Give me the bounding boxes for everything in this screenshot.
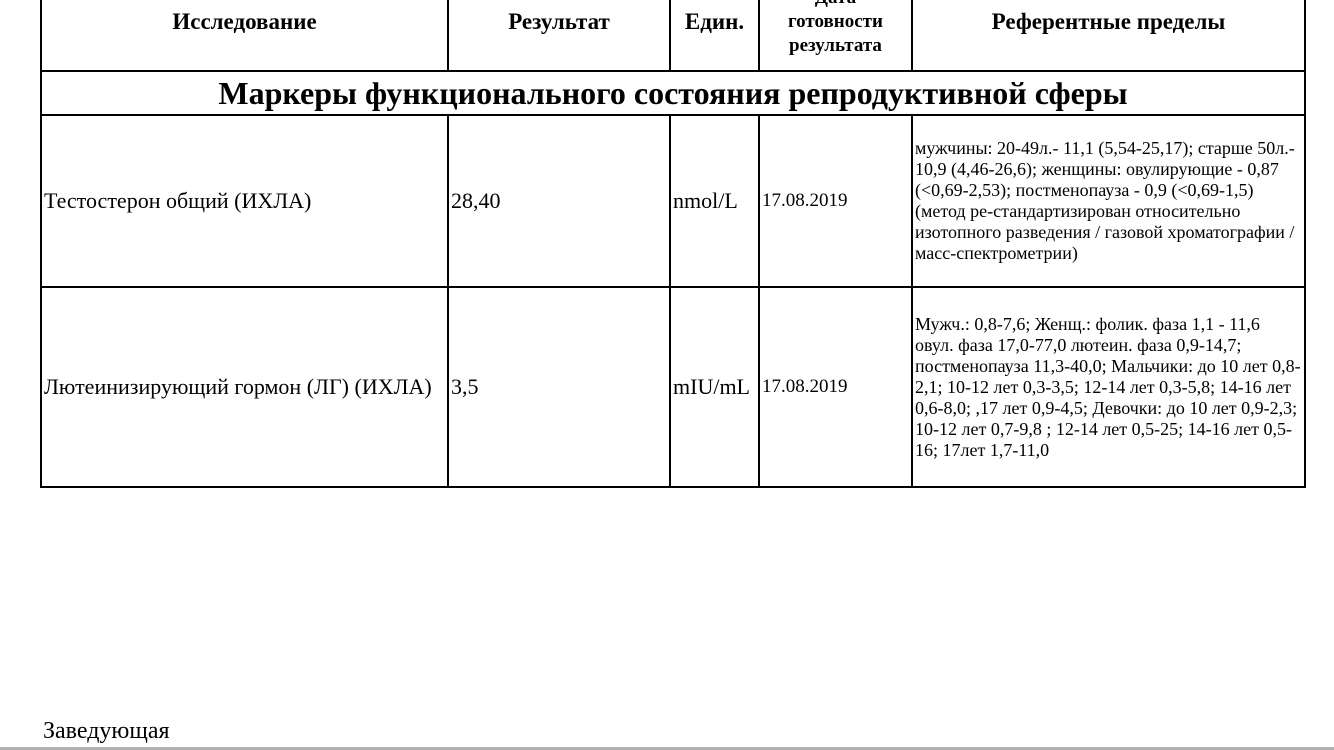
units: nmol/L bbox=[670, 115, 759, 287]
study-name: Тестостерон общий (ИХЛА) bbox=[41, 115, 448, 287]
study-name: Лютеинизирующий гормон (ЛГ) (ИХЛА) bbox=[41, 287, 448, 487]
result-value: 28,40 bbox=[448, 115, 670, 287]
lab-results-table: Исследование Результат Един. Дата готовн… bbox=[40, 0, 1306, 488]
header-reference: Референтные пределы bbox=[912, 0, 1305, 71]
section-row: Маркеры функционального состояния репрод… bbox=[41, 71, 1305, 115]
header-units: Един. bbox=[670, 0, 759, 71]
table-row: Лютеинизирующий гормон (ЛГ) (ИХЛА) 3,5 m… bbox=[41, 287, 1305, 487]
signature-label: Заведующая bbox=[43, 718, 170, 745]
units: mIU/mL bbox=[670, 287, 759, 487]
header-date-line3: результата bbox=[760, 34, 911, 58]
section-title: Маркеры функционального состояния репрод… bbox=[41, 71, 1305, 115]
result-date: 17.08.2019 bbox=[759, 287, 912, 487]
result-date: 17.08.2019 bbox=[759, 115, 912, 287]
header-date: Дата готовности результата bbox=[759, 0, 912, 71]
header-result: Результат bbox=[448, 0, 670, 71]
reference-range: Мужч.: 0,8-7,6; Женщ.: фолик. фаза 1,1 -… bbox=[912, 287, 1305, 487]
header-date-line2: готовности bbox=[760, 10, 911, 34]
table-header-row: Исследование Результат Един. Дата готовн… bbox=[41, 0, 1305, 71]
result-value: 3,5 bbox=[448, 287, 670, 487]
header-date-line1: Дата bbox=[760, 0, 911, 10]
reference-range: мужчины: 20-49л.- 11,1 (5,54-25,17); ста… bbox=[912, 115, 1305, 287]
header-study: Исследование bbox=[41, 0, 448, 71]
table-row: Тестостерон общий (ИХЛА) 28,40 nmol/L 17… bbox=[41, 115, 1305, 287]
